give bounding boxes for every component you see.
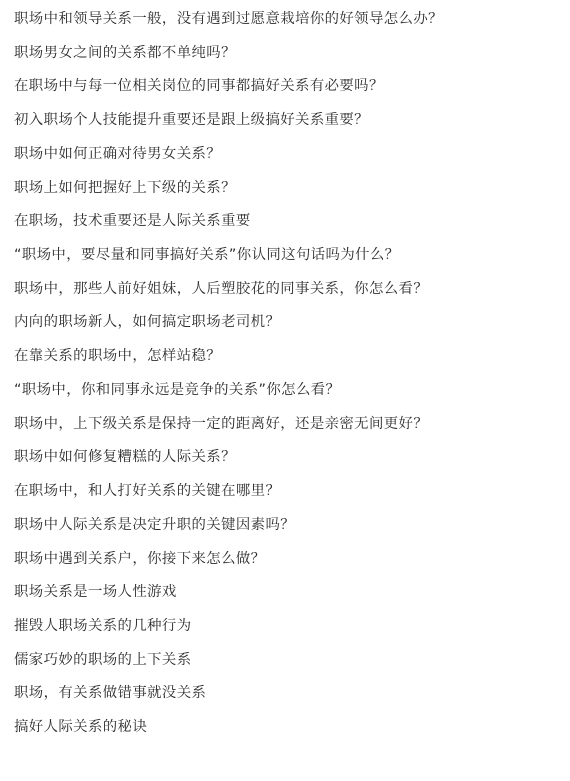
list-item: 职场上如何把握好上下级的关系？: [14, 172, 570, 206]
list-item: 在职场，技术重要还是人际关系重要: [14, 205, 570, 239]
list-item: 在职场中，和人打好关系的关键在哪里？: [14, 475, 570, 509]
list-item: 职场，有关系做错事就没关系: [14, 677, 570, 711]
list-item: 职场中遇到关系户，你接下来怎么做？: [14, 543, 570, 577]
list-item: 职场中如何正确对待男女关系？: [14, 138, 570, 172]
list-item: 职场中，那些人前好姐妹，人后塑胶花的同事关系，你怎么看？: [14, 273, 570, 307]
list-item: 内向的职场新人，如何搞定职场老司机？: [14, 306, 570, 340]
list-item: 职场中，上下级关系是保持一定的距离好，还是亲密无间更好？: [14, 408, 570, 442]
list-item: 搞好人际关系的秘诀: [14, 711, 570, 745]
list-item: 职场中和领导关系一般，没有遇到过愿意栽培你的好领导怎么办？: [14, 3, 570, 37]
list-item: 在职场中与每一位相关岗位的同事都搞好关系有必要吗？: [14, 70, 570, 104]
list-item: “职场中，你和同事永远是竞争的关系”你怎么看？: [14, 374, 570, 408]
list-item: 职场关系是一场人性游戏: [14, 576, 570, 610]
list-item: 摧毁人职场关系的几种行为: [14, 610, 570, 644]
list-item: 职场中人际关系是决定升职的关键因素吗？: [14, 509, 570, 543]
list-item: 儒家巧妙的职场的上下关系: [14, 644, 570, 678]
list-item: 职场中如何修复糟糕的人际关系？: [14, 441, 570, 475]
list-item: “职场中，要尽量和同事搞好关系”你认同这句话吗为什么？: [14, 239, 570, 273]
question-list: 职场中和领导关系一般，没有遇到过愿意栽培你的好领导怎么办？ 职场男女之间的关系都…: [14, 3, 570, 745]
list-item: 初入职场个人技能提升重要还是跟上级搞好关系重要？: [14, 104, 570, 138]
list-item: 职场男女之间的关系都不单纯吗？: [14, 37, 570, 71]
list-item: 在靠关系的职场中，怎样站稳？: [14, 340, 570, 374]
